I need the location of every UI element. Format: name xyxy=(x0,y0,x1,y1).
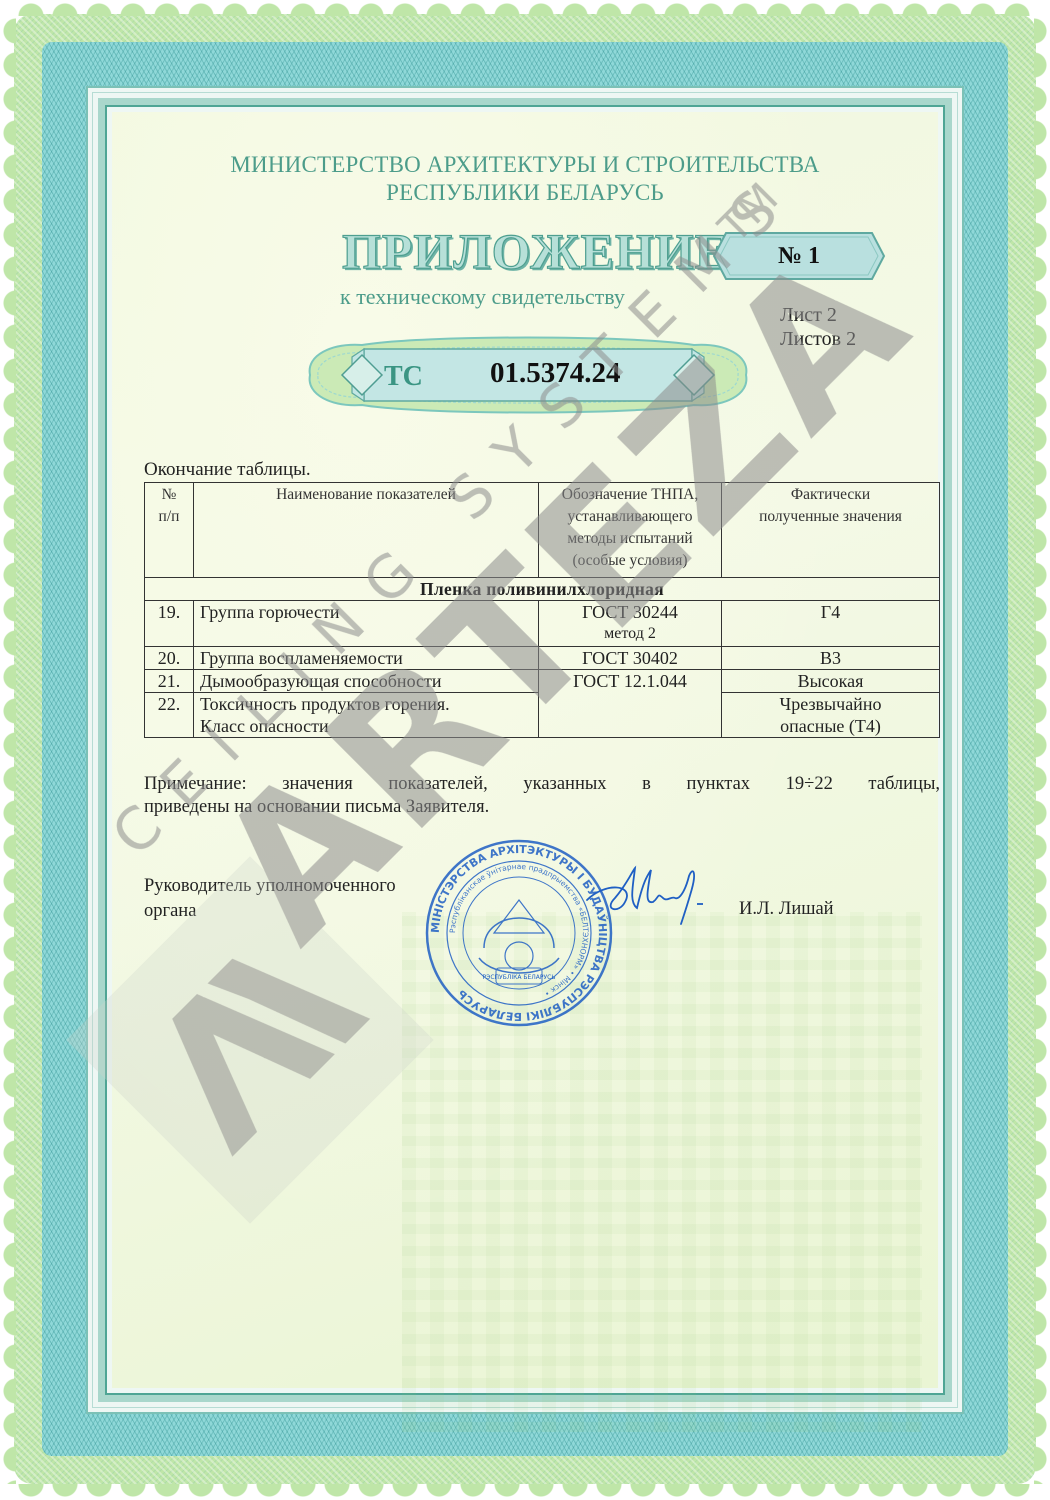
header-num-line1: № xyxy=(162,486,177,503)
row-standard: ГОСТ 30244 метод 2 xyxy=(539,601,722,647)
table-row: 20. Группа воспламеняемости ГОСТ 30402 В… xyxy=(145,647,940,670)
border-scallop-top xyxy=(14,0,1036,16)
appendix-number-badge: № 1 xyxy=(712,230,886,282)
row-indicator: Группа воспламеняемости xyxy=(194,647,539,670)
table-row: 21. Дымообразующая способности ГОСТ 12.1… xyxy=(145,670,940,693)
specifications-table: № п/п Наименование показателей Обозначен… xyxy=(144,482,940,738)
row-value-line1: Чрезвычайно xyxy=(780,694,882,714)
header-value-line1: Фактически xyxy=(791,486,870,503)
certificate-prefix: ТС xyxy=(384,361,423,393)
border-scallop-bottom xyxy=(14,1484,1036,1500)
row-indicator: Дымообразующая способности xyxy=(194,670,539,693)
row-value-line2: опасные (Т4) xyxy=(780,716,881,736)
header-num-line2: п/п xyxy=(159,508,180,525)
header-gost-line3: методы испытаний xyxy=(567,530,692,547)
ministry-name-line1: МИНИСТЕРСТВО АРХИТЕКТУРЫ И СТРОИТЕЛЬСТВА xyxy=(0,152,1050,178)
table-row: 19. Группа горючести ГОСТ 30244 метод 2 … xyxy=(145,601,940,647)
section-title: Пленка поливинилхлоридная xyxy=(145,578,940,601)
table-section-row: Пленка поливинилхлоридная xyxy=(145,578,940,601)
ministry-name-line2: РЕСПУБЛИКИ БЕЛАРУСЬ xyxy=(0,180,1050,206)
header-gost-line1: Обозначение ТНПА, xyxy=(562,486,698,503)
document-subtitle: к техническому свидетельству xyxy=(340,284,625,310)
row-indicator-line1: Токсичность продуктов горения. xyxy=(200,694,450,714)
signatory-role-line2: органа xyxy=(144,901,196,921)
header-gost-line2: устанавливающего xyxy=(568,508,693,525)
row-indicator: Токсичность продуктов горения. Класс опа… xyxy=(194,693,539,738)
row-value: Высокая xyxy=(722,670,940,693)
note-line2: приведены на основании письма Заявителя. xyxy=(144,797,489,817)
border-scallop-right xyxy=(1034,14,1050,1484)
signatory-role-line1: Руководитель уполномоченного xyxy=(144,876,396,896)
signatory-role: Руководитель уполномоченного органа xyxy=(144,874,396,924)
certificate-number-ribbon: ТС 01.5374.24 xyxy=(302,335,754,415)
sheet-number: Лист 2 xyxy=(780,304,837,327)
row-standard-code: ГОСТ 30244 xyxy=(582,602,678,622)
header-gost-line4: (особые условия) xyxy=(572,552,687,569)
border-scallop-left xyxy=(0,14,16,1484)
header-value-line2: полученные значения xyxy=(759,508,902,525)
certificate-number: 01.5374.24 xyxy=(490,357,621,390)
handwritten-signature-icon xyxy=(585,862,705,932)
table-header-row: № п/п Наименование показателей Обозначен… xyxy=(145,483,940,578)
column-header-value: Фактически полученные значения xyxy=(722,483,940,578)
row-value: В3 xyxy=(722,647,940,670)
row-standard: ГОСТ 12.1.044 xyxy=(539,670,722,738)
row-number: 19. xyxy=(145,601,194,647)
sheets-total: Листов 2 xyxy=(780,328,856,351)
row-standard-note: метод 2 xyxy=(545,623,715,645)
column-header-number: № п/п xyxy=(145,483,194,578)
row-value: Г4 xyxy=(722,601,940,647)
row-indicator-line2: Класс опасности xyxy=(200,716,329,736)
stamp-emblem-text: РЭСПУБЛІКА БЕЛАРУСЬ xyxy=(483,974,556,981)
signatory-name: И.Л. Лишай xyxy=(739,899,834,920)
row-value: Чрезвычайно опасные (Т4) xyxy=(722,693,940,738)
table-note: Примечание: значения показателей, указан… xyxy=(144,773,940,819)
row-indicator: Группа горючести xyxy=(194,601,539,647)
document-title: ПРИЛОЖЕНИЕ xyxy=(342,222,729,280)
column-header-indicator: Наименование показателей xyxy=(194,483,539,578)
column-header-standard: Обозначение ТНПА, устанавливающего метод… xyxy=(539,483,722,578)
row-number: 22. xyxy=(145,693,194,738)
row-standard: ГОСТ 30402 xyxy=(539,647,722,670)
row-number: 21. xyxy=(145,670,194,693)
row-number: 20. xyxy=(145,647,194,670)
note-line1: Примечание: значения показателей, указан… xyxy=(144,773,940,796)
appendix-number: № 1 xyxy=(712,243,886,270)
table-caption: Окончание таблицы. xyxy=(144,459,311,481)
